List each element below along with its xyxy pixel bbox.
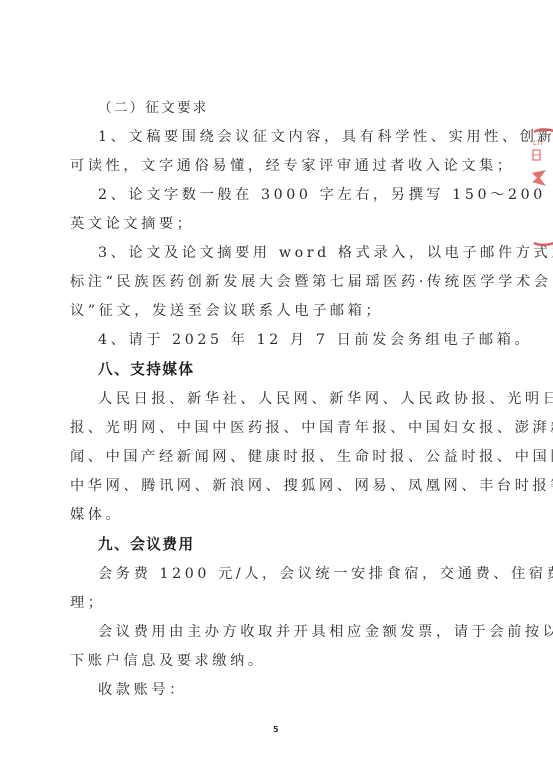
section-heading-conference-fees: 九、会议费用 <box>98 535 518 555</box>
paragraph-line: 2、论文字数一般在 3000 字左右，另撰写 150～200 字左右中 <box>98 185 518 205</box>
paragraph-line: 媒体。 <box>70 505 490 525</box>
section-heading-essay-requirements: （二）征文要求 <box>98 98 518 118</box>
section-heading-supporting-media: 八、支持媒体 <box>98 360 518 380</box>
official-seal-stamp: LTI <box>532 128 553 248</box>
paragraph-line: 会议费用由主办方收取并开具相应金额发票，请于会前按以 <box>98 622 518 642</box>
paragraph-line: 4、请于 2025 年 12 月 7 日前发会务组电子邮箱。 <box>98 330 518 350</box>
seal-stamp-icon: LTI <box>532 128 553 248</box>
paragraph-line: 中华网、腾讯网、新浪网、搜狐网、网易、凤凰网、丰台时报等 <box>70 476 490 496</box>
page-number: 5 <box>273 725 279 734</box>
paragraph-line: 下账户信息及要求缴纳。 <box>70 651 490 671</box>
paragraph-line: 报、光明网、中国中医药报、中国青年报、中国妇女报、澎湃新 <box>70 418 490 438</box>
paragraph-line: 可读性，文字通俗易懂，经专家评审通过者收入论文集； <box>70 156 490 176</box>
paragraph-line: 会务费 1200 元/人，会议统一安排食宿，交通费、住宿费自 <box>98 564 518 584</box>
svg-text:LTI: LTI <box>533 139 543 147</box>
paragraph-line: 3、论文及论文摘要用 word 格式录入，以电子邮件方式发送， <box>98 243 518 263</box>
paragraph-line: 闻、中国产经新闻网、健康时报、生命时报、公益时报、中国网、 <box>70 447 490 467</box>
paragraph-line: 英文论文摘要； <box>70 214 490 234</box>
paragraph-line: 收款账号： <box>98 680 518 700</box>
paragraph-line: 人民日报、新华社、人民网、新华网、人民政协报、光明日 <box>98 389 518 409</box>
paragraph-line: 1、文稿要围绕会议征文内容，具有科学性、实用性、创新性、 <box>98 127 518 147</box>
paragraph-line: 理； <box>70 593 490 613</box>
document-page: （二）征文要求 1、文稿要围绕会议征文内容，具有科学性、实用性、创新性、 可读性… <box>0 0 553 773</box>
paragraph-line: 标注“民族医药创新发展大会暨第七届瑶医药·传统医学学术会 <box>70 272 490 292</box>
paragraph-line: 议”征文，发送至会议联系人电子邮箱； <box>70 301 490 321</box>
